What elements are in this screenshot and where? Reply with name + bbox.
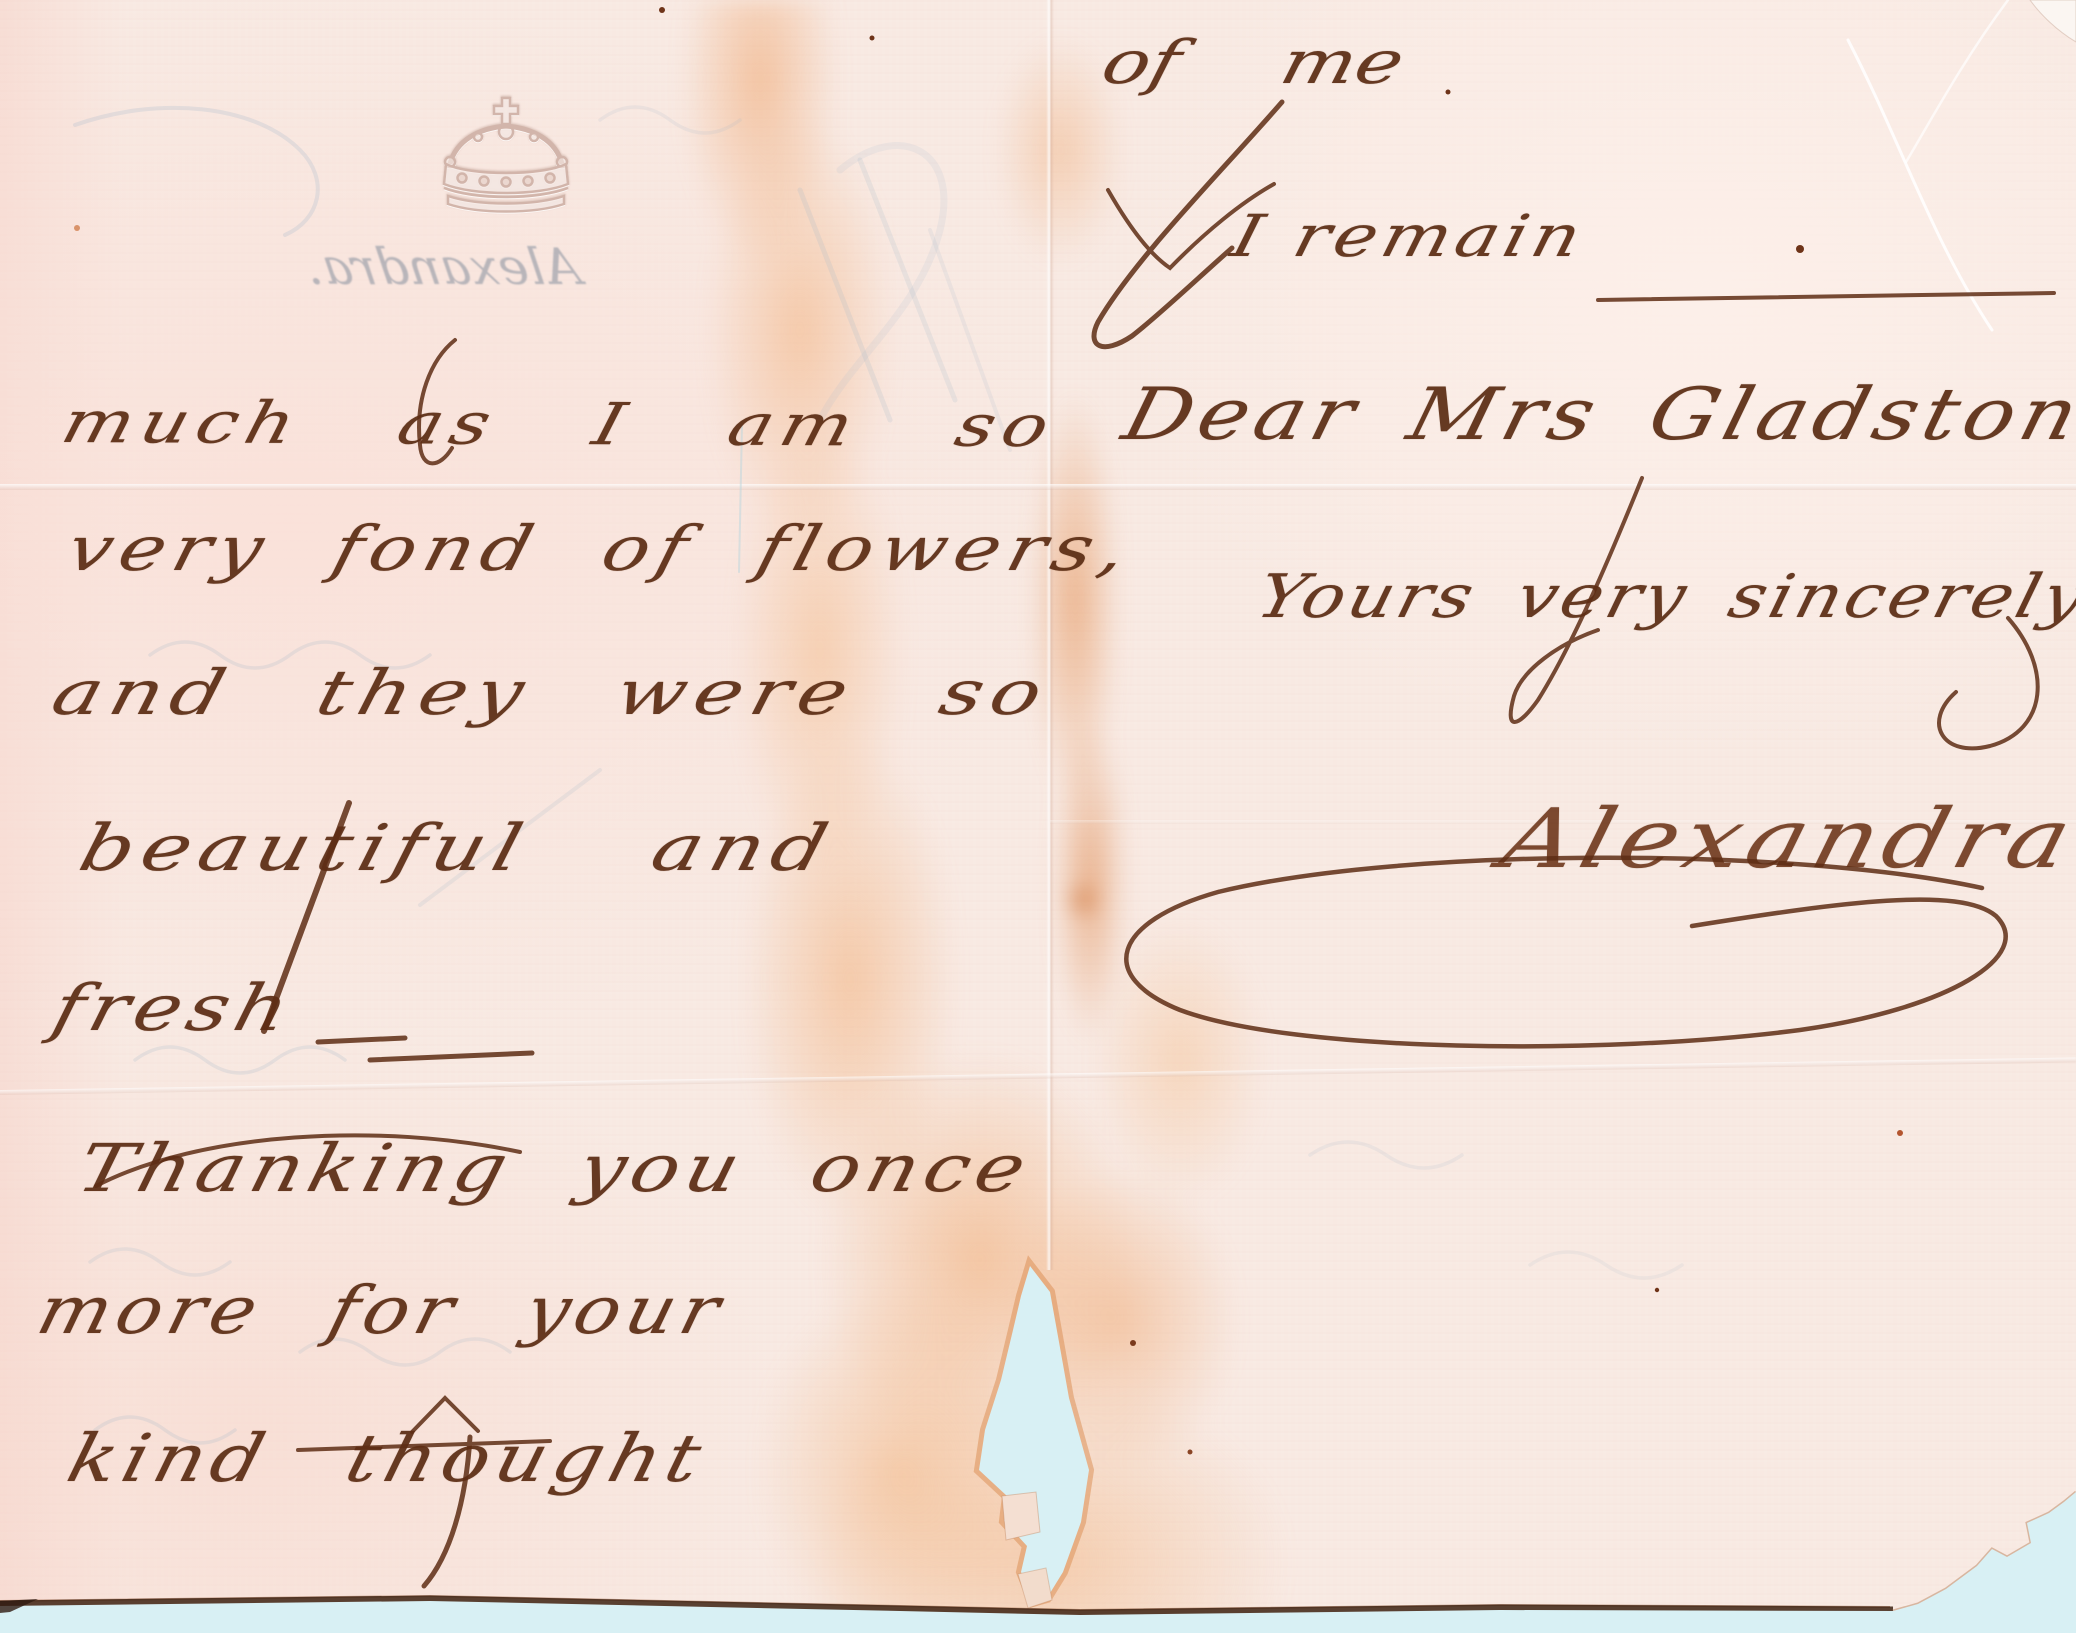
torn-flap-2 — [1018, 1568, 1052, 1608]
tear-and-bed — [0, 0, 2076, 1633]
torn-flap-1 — [1002, 1492, 1040, 1540]
scanned-letter: Alexandra. much as I am so very fond o — [0, 0, 2076, 1633]
